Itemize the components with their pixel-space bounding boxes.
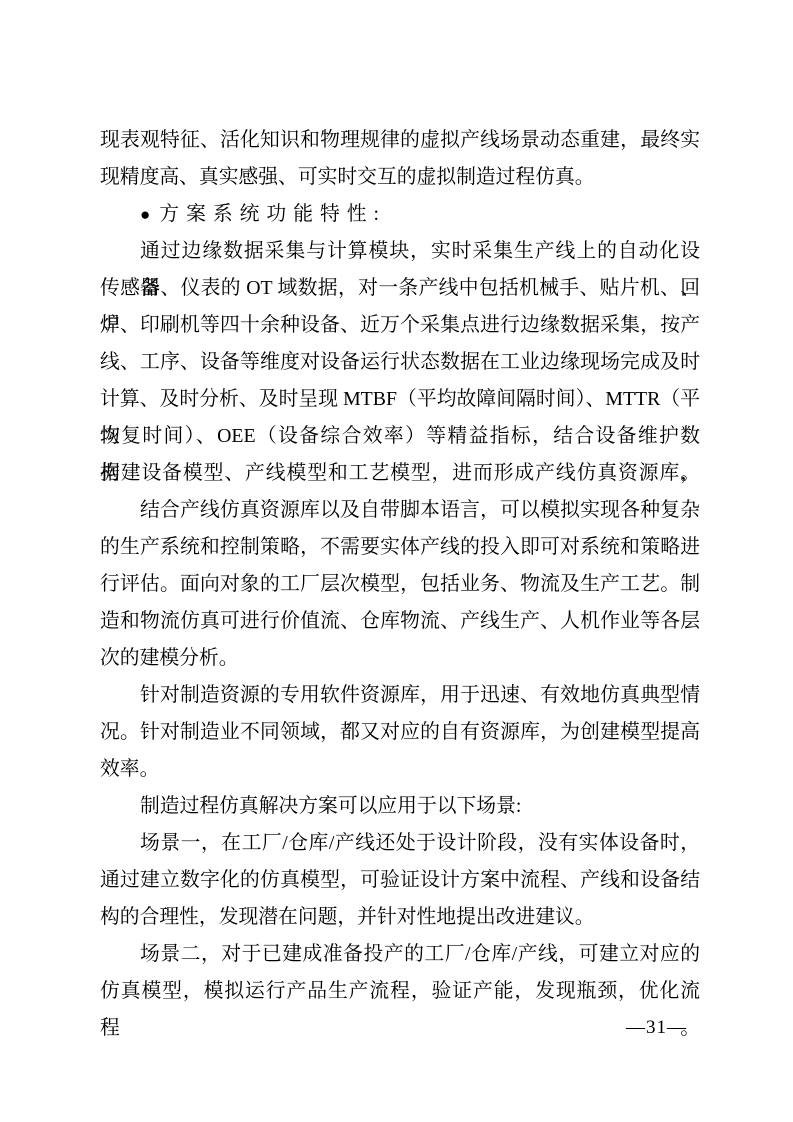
bullet-item-label: 方案系统功能特性:	[159, 203, 386, 225]
text-line: 通过边缘数据采集与计算模块，实时采集生产线上的自动化设备、	[100, 233, 700, 270]
text-line: 构建设备模型、产线模型和工艺模型，进而形成产线仿真资源库。	[100, 455, 700, 492]
text-line: 仿真模型，模拟运行产品生产流程，验证产能，发现瓶颈，优化流程。	[100, 973, 700, 1010]
text-line: 的生产系统和控制策略，不需要实体产线的投入即可对系统和策略进	[100, 529, 700, 566]
text-line: 炉、印刷机等四十余种设备、近万个采集点进行边缘数据采集，按产	[100, 307, 700, 344]
bullet-icon: ●	[140, 205, 157, 224]
text-line: 行评估。面向对象的工厂层次模型，包括业务、物流及生产工艺。制	[100, 566, 700, 603]
text-line: 效率。	[100, 751, 700, 788]
text-line: 现精度高、真实感强、可实时交互的虚拟制造过程仿真。	[100, 159, 700, 196]
text-line: 恢复时间）、OEE（设备综合效率）等精益指标，结合设备维护数据，	[100, 418, 700, 455]
text-line: 次的建模分析。	[100, 640, 700, 677]
text-line: 况。针对制造业不同领域，都又对应的自有资源库，为创建模型提高	[100, 714, 700, 751]
text-line: 造和物流仿真可进行价值流、仓库物流、产线生产、人机作业等各层	[100, 603, 700, 640]
document-page: 现表观特征、活化知识和物理规律的虚拟产线场景动态重建，最终实现精度高、真实感强、…	[0, 0, 793, 1122]
text-line: 构的合理性，发现潜在问题，并针对性地提出改进建议。	[100, 899, 700, 936]
text-line: 计算、及时分析、及时呈现 MTBF（平均故障间隔时间）、MTTR（平均	[100, 381, 700, 418]
text-line: 传感器、仪表的 OT 域数据，对一条产线中包括机械手、贴片机、回焊	[100, 270, 700, 307]
text-line: 现表观特征、活化知识和物理规律的虚拟产线场景动态重建，最终实	[100, 122, 700, 159]
text-line: 场景一，在工厂/仓库/产线还处于设计阶段，没有实体设备时，	[100, 825, 700, 862]
text-line: 通过建立数字化的仿真模型，可验证设计方案中流程、产线和设备结	[100, 862, 700, 899]
text-line: 结合产线仿真资源库以及自带脚本语言，可以模拟实现各种复杂	[100, 492, 700, 529]
text-line: 场景二，对于已建成准备投产的工厂/仓库/产线，可建立对应的	[100, 936, 700, 973]
text-line: 针对制造资源的专用软件资源库，用于迅速、有效地仿真典型情	[100, 677, 700, 714]
page-number: —31—	[626, 1014, 687, 1042]
text-line: 制造过程仿真解决方案可以应用于以下场景:	[100, 788, 700, 825]
document-body: 现表观特征、活化知识和物理规律的虚拟产线场景动态重建，最终实现精度高、真实感强、…	[100, 122, 700, 1010]
bullet-list-item: ●方案系统功能特性:	[100, 196, 700, 233]
text-line: 线、工序、设备等维度对设备运行状态数据在工业边缘现场完成及时	[100, 344, 700, 381]
